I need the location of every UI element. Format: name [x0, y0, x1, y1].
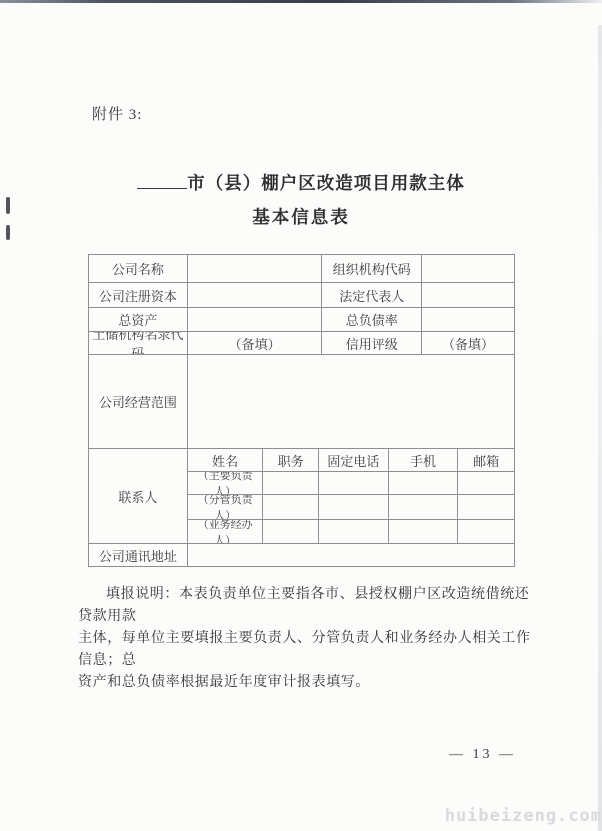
contact-row-deputy: （分管负责人）	[188, 495, 515, 520]
legal-representative-value	[422, 283, 515, 308]
credit-rating-label: 信用评级	[322, 332, 422, 355]
form-title: 市（县）棚户区改造项目用款主体 基本信息表	[78, 170, 524, 229]
contact-cell	[389, 472, 459, 495]
scan-edge-artifact-right	[598, 25, 602, 831]
contact-cell	[458, 472, 515, 495]
contact-header-title: 职务	[263, 449, 319, 472]
mailing-address-label: 公司通讯地址	[89, 544, 188, 567]
contact-header-email: 邮箱	[458, 449, 515, 472]
contact-header-name: 姓名	[188, 449, 264, 472]
contact-row-primary: （主要负责人）	[188, 472, 515, 495]
table-row: 公司经营范围	[89, 355, 515, 449]
org-code-value	[422, 255, 515, 283]
contact-grid: 姓名 职务 固定电话 手机 邮箱 （主要负责人） （分管负责人）	[188, 449, 515, 544]
registered-capital-value	[188, 283, 323, 308]
attachment-label: 附件 3:	[92, 103, 142, 124]
debt-ratio-label: 总负债率	[322, 308, 422, 332]
table-row: 总资产 总负债率	[89, 308, 515, 332]
business-scope-value	[188, 355, 515, 449]
contact-cell	[319, 472, 389, 495]
title-blank-line	[137, 174, 187, 189]
debt-ratio-value	[422, 308, 515, 332]
watermark-text: huibeizeng.com	[445, 806, 602, 826]
land-bank-code-value: （备填）	[188, 332, 323, 355]
filling-instructions-line3: 资产和总负债率根据最近年度审计报表填写。	[78, 672, 536, 694]
form-title-line1: 市（县）棚户区改造项目用款主体	[78, 170, 524, 195]
contact-handler-label: （业务经办人）	[188, 520, 264, 544]
contact-cell	[263, 520, 319, 544]
contact-cell	[389, 520, 459, 544]
form-title-line1-text: 市（县）棚户区改造项目用款主体	[187, 173, 465, 193]
contact-label: 联系人	[89, 449, 188, 544]
filling-instructions: 填报说明：本表负责单位主要指各市、县授权棚户区改造统借统还贷款用款 主体，每单位…	[78, 584, 536, 694]
contact-row-handler: （业务经办人）	[188, 520, 515, 544]
contact-cell	[263, 472, 319, 495]
company-name-value	[188, 255, 323, 283]
table-row: 公司通讯地址	[89, 544, 515, 567]
basic-info-table: 公司名称 组织机构代码 公司注册资本 法定代表人 总资产 总负债率 土储机构名录…	[88, 254, 515, 567]
contact-header-row: 姓名 职务 固定电话 手机 邮箱	[188, 449, 515, 472]
contact-header-mobile: 手机	[389, 449, 459, 472]
land-bank-code-label: 土储机构名录代码	[89, 332, 188, 355]
binding-mark	[6, 225, 10, 240]
contact-cell	[263, 495, 319, 520]
credit-rating-value: （备填）	[422, 332, 515, 355]
binding-mark	[6, 197, 10, 214]
contact-primary-label: （主要负责人）	[188, 472, 264, 495]
contact-cell	[458, 495, 515, 520]
total-assets-label: 总资产	[89, 308, 188, 332]
filling-instructions-line1: 填报说明：本表负责单位主要指各市、县授权棚户区改造统借统还贷款用款	[78, 584, 536, 628]
contact-cell	[319, 495, 389, 520]
contact-header-landline: 固定电话	[319, 449, 389, 472]
form-title-line2: 基本信息表	[78, 204, 524, 229]
scan-edge-artifact-top	[0, 0, 602, 3]
table-row: 公司名称 组织机构代码	[89, 255, 515, 283]
table-row: 土储机构名录代码 （备填） 信用评级 （备填）	[89, 332, 515, 355]
legal-representative-label: 法定代表人	[322, 283, 422, 308]
contact-cell	[458, 520, 515, 544]
total-assets-value	[188, 308, 323, 332]
contact-cell	[319, 520, 389, 544]
mailing-address-value	[188, 544, 515, 567]
scanned-document-page: 附件 3: 市（县）棚户区改造项目用款主体 基本信息表 公司名称 组织机构代码 …	[0, 0, 602, 831]
business-scope-label: 公司经营范围	[89, 355, 188, 449]
org-code-label: 组织机构代码	[322, 255, 422, 283]
filling-instructions-line2: 主体，每单位主要填报主要负责人、分管负责人和业务经办人相关工作信息；总	[78, 628, 536, 672]
contact-cell	[389, 495, 459, 520]
registered-capital-label: 公司注册资本	[89, 283, 188, 308]
page-number: — 13 —	[449, 747, 516, 763]
table-row: 公司注册资本 法定代表人	[89, 283, 515, 308]
contact-section: 联系人 姓名 职务 固定电话 手机 邮箱 （主要负责人） （分管负责	[89, 449, 515, 544]
company-name-label: 公司名称	[89, 255, 188, 283]
contact-deputy-label: （分管负责人）	[188, 495, 264, 520]
